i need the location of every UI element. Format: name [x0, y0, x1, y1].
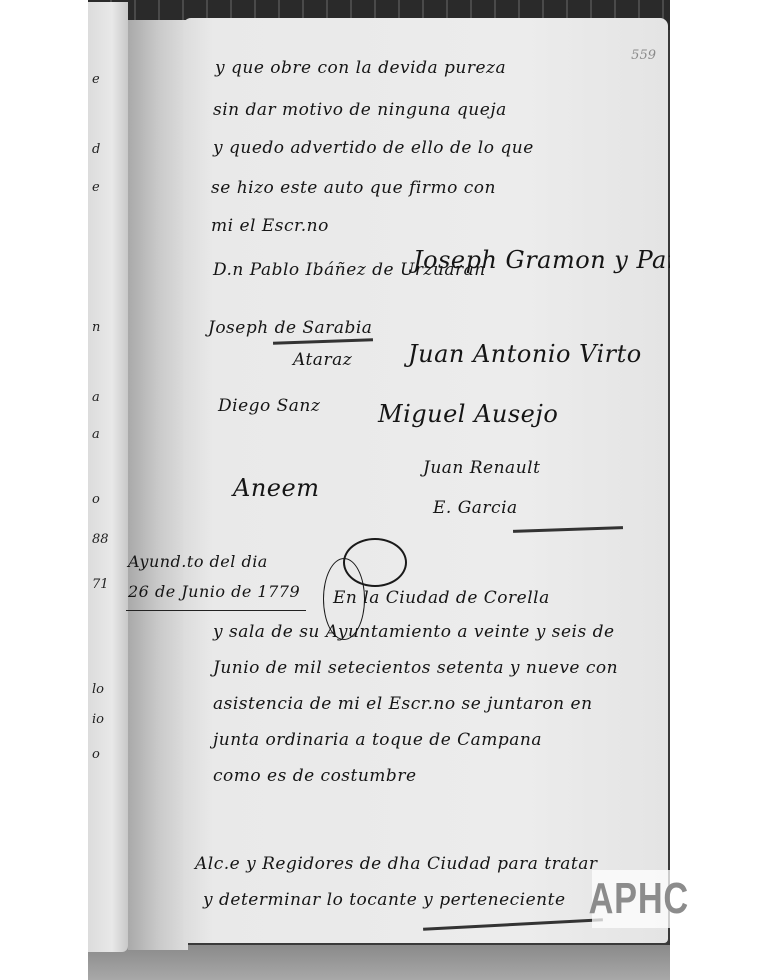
- body-line: y quedo advertido de ello de lo que: [213, 138, 534, 158]
- left-page-fragment: a: [92, 427, 100, 442]
- left-page-fragment: a: [92, 390, 100, 405]
- signature: E. Garcia: [433, 498, 518, 518]
- signature-flourish: [513, 526, 623, 533]
- left-page-fragment: 88: [92, 532, 109, 547]
- left-page-fragment: e: [92, 180, 100, 195]
- body-line: como es de costumbre: [213, 766, 417, 786]
- signature: Joseph Gramon y Pardo: [413, 246, 670, 274]
- signature: Aneem: [233, 474, 319, 502]
- signature: Ataraz: [293, 350, 352, 370]
- body-line: En la Ciudad de Corella: [333, 588, 550, 608]
- line-fill-stroke: [423, 918, 603, 930]
- left-page-fragment: o: [92, 747, 100, 762]
- margin-note-line: Ayund.to del dia: [128, 552, 268, 571]
- right-page: 559 y que obre con la devida pureza sin …: [183, 18, 668, 943]
- margin-note: Ayund.to del dia 26 de Junio de 1779: [126, 540, 306, 611]
- left-page-fragment: io: [92, 712, 104, 727]
- body-line: y que obre con la devida pureza: [215, 58, 506, 78]
- body-line: junta ordinaria a toque de Campana: [213, 730, 542, 750]
- left-page-fragment: lo: [92, 682, 104, 697]
- signature: Juan Antonio Virto: [408, 340, 642, 368]
- signature: Miguel Ausejo: [378, 400, 558, 428]
- body-line: y determinar lo tocante y perteneciente: [203, 890, 566, 910]
- left-page-fragment: e: [92, 72, 100, 87]
- archive-watermark: APHC: [592, 870, 686, 928]
- body-line: Junio de mil setecientos setenta y nueve…: [213, 658, 618, 678]
- scanner-background-bottom: [88, 945, 670, 980]
- manuscript-scan: e d e n a a o 88 71 lo io o 559 y que ob…: [88, 0, 670, 980]
- left-page-fragment: o: [92, 492, 100, 507]
- left-page-edge: e d e n a a o 88 71 lo io o: [88, 2, 128, 952]
- signature: Juan Renault: [423, 458, 540, 478]
- signature: Joseph de Sarabia: [208, 318, 372, 338]
- body-line: y sala de su Ayuntamiento a veinte y sei…: [213, 622, 615, 642]
- body-line: se hizo este auto que firmo con: [211, 178, 496, 198]
- page-gutter: [128, 20, 188, 950]
- left-page-fragment: n: [92, 320, 100, 335]
- left-page-fragment: d: [92, 142, 100, 157]
- signature: Diego Sanz: [218, 396, 320, 416]
- body-line: asistencia de mi el Escr.no se juntaron …: [213, 694, 593, 714]
- body-line: sin dar motivo de ninguna queja: [213, 100, 507, 120]
- margin-note-line: 26 de Junio de 1779: [128, 582, 300, 601]
- body-line: mi el Escr.no: [211, 216, 329, 236]
- page-number: 559: [631, 48, 656, 63]
- body-line: Alc.e y Regidores de dha Ciudad para tra…: [195, 854, 598, 874]
- signature-flourish: [273, 338, 373, 344]
- left-page-fragment: 71: [92, 577, 109, 592]
